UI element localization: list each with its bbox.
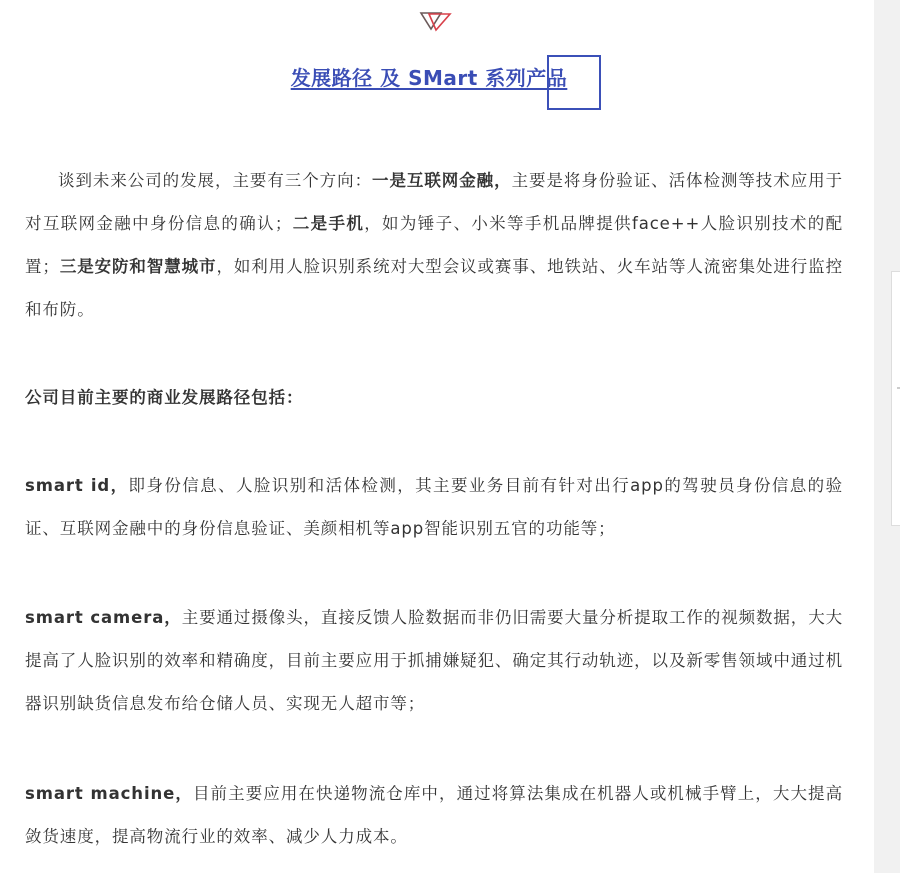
product-description: 即身份信息、人脸识别和活体检测，其主要业务目前有针对出行app的驾驶员身份信息的… <box>25 476 843 538</box>
double-triangle-down-icon <box>419 10 453 32</box>
section-heading: 公司目前主要的商业发展路径包括： <box>25 376 843 419</box>
intro-text: 谈到未来公司的发展，主要有三个方向： <box>58 171 372 190</box>
direction-1-highlight: 一是互联网金融， <box>372 171 512 190</box>
direction-2-highlight: 二是手机 <box>292 214 364 233</box>
article: 发展路径 及 SMart 系列产品 谈到未来公司的发展，主要有三个方向：一是互联… <box>0 0 874 873</box>
product-smart-id: smart id，即身份信息、人脸识别和活体检测，其主要业务目前有针对出行app… <box>25 464 843 550</box>
direction-3-highlight: 三是安防和智慧城市 <box>60 257 217 276</box>
product-name: smart id， <box>25 476 129 495</box>
product-smart-machine: smart machine，目前主要应用在快递物流仓库中，通过将算法集成在机器人… <box>25 772 843 858</box>
product-name: smart machine， <box>25 784 193 803</box>
intro-paragraph: 谈到未来公司的发展，主要有三个方向：一是互联网金融，主要是将身份验证、活体检测等… <box>25 159 843 331</box>
title-container: 发展路径 及 SMart 系列产品 <box>0 62 874 91</box>
floating-side-panel[interactable] <box>891 271 900 526</box>
article-title[interactable]: 发展路径 及 SMart 系列产品 <box>291 62 568 91</box>
product-smart-camera: smart camera，主要通过摄像头，直接反馈人脸数据而非仍旧需要大量分析提… <box>25 596 843 725</box>
focus-box <box>547 55 601 110</box>
section-heading-text: 公司目前主要的商业发展路径包括： <box>25 376 843 419</box>
product-name: smart camera， <box>25 608 182 627</box>
